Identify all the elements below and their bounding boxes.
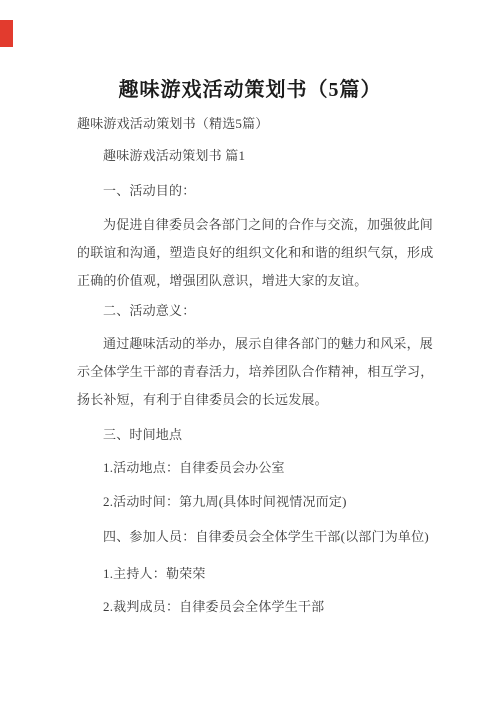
section-heading-participants: 四、参加人员：自律委员会全体学生干部(以部门为单位) — [77, 523, 437, 551]
article-heading-part1: 趣味游戏活动策划书 篇1 — [77, 142, 437, 170]
item-judges: 2.裁判成员：自律委员会全体学生干部 — [77, 593, 437, 621]
document-page: 趣味游戏活动策划书（5篇） 趣味游戏活动策划书（精选5篇） 趣味游戏活动策划书 … — [0, 0, 500, 707]
paragraph-purpose-body: 为促进自律委员会各部门之间的合作与交流，加强彼此间的联谊和沟通，塑造良好的组织文… — [77, 211, 437, 295]
item-host: 1.主持人：勒荣荣 — [77, 560, 437, 588]
section-heading-significance: 二、活动意义： — [77, 297, 437, 325]
section-heading-time-place: 三、时间地点 — [77, 421, 437, 449]
item-activity-location: 1.活动地点：自律委员会办公室 — [77, 454, 437, 482]
document-title: 趣味游戏活动策划书（5篇） — [0, 75, 500, 105]
subtitle-selected-editions: 趣味游戏活动策划书（精选5篇） — [77, 110, 437, 138]
section-heading-purpose: 一、活动目的： — [77, 177, 437, 205]
item-activity-time: 2.活动时间：第九周(具体时间视情况而定) — [77, 488, 437, 516]
red-corner-bookmark — [0, 20, 13, 47]
paragraph-significance-body: 通过趣味活动的举办，展示自律各部门的魅力和风采，展示全体学生干部的青春活力，培养… — [77, 330, 437, 414]
